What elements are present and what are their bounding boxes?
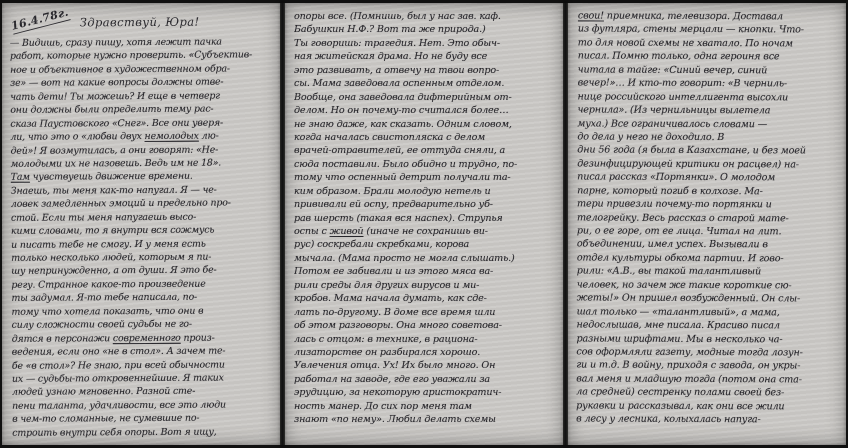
handwritten-line: читала в тайге: «Синий вечер, синий (578, 63, 842, 78)
handwritten-line: работал на заводе, где его уважали за (294, 373, 558, 386)
handwritten-line: прививали ей оспу, предварительно уб- (294, 198, 558, 211)
page-right-content: свои! приемника, телевизора. Доставализ … (576, 9, 842, 427)
page-middle-content: опоры все. (Помнишь, был у нас зав. каф.… (294, 10, 558, 427)
handwritten-line: Увлечения отца. Ух! Их было много. Он (294, 359, 558, 372)
handwritten-line: свои! приемника, телевизора. Доставал (578, 9, 842, 24)
handwritten-line: Бабушкин Н.Ф.? Вот та же природа.) (294, 23, 558, 36)
handwritten-line: телогрейку. Весь рассказ о старой мате- (577, 211, 841, 226)
handwritten-line: опоры все. (Помнишь, был у нас зав. каф. (294, 10, 558, 23)
handwritten-line: не знаю даже, как сказать. Одним словом, (294, 118, 558, 131)
handwritten-line: кробов. Мама начала думать, как сде- (294, 292, 558, 305)
handwritten-line: знают «по нему». Любил делать схемы (294, 413, 558, 426)
handwritten-line: разными шрифтами. Мы в несколько ча- (576, 332, 840, 347)
handwritten-line: отдел культуры обкома партии. И гово- (577, 251, 841, 266)
letter-pages-row: 16.4.78г. Здравствуй, Юра! — Видишь, сра… (0, 0, 848, 448)
page-left-content: 16.4.78г. Здравствуй, Юра! — Видишь, сра… (10, 9, 277, 440)
handwritten-line: об этом разговоры. Она много советова- (294, 319, 558, 332)
handwritten-line: мычала. (Мама просто не могла слышать.) (294, 252, 558, 265)
handwritten-line: человек, но зачем же такие короткие сю- (577, 278, 841, 293)
handwritten-line: тери привезли почему-то портянки и (577, 198, 841, 213)
handwritten-line: сов оформляли газету, модные тогда лозун… (576, 345, 840, 360)
handwritten-line: рус) соскребали скребками, корова (294, 238, 558, 251)
handwritten-line: ность манер. До сих пор меня там (294, 400, 558, 413)
handwritten-line: вечер!»… И кто-то говорит: «В черниль- (578, 77, 842, 92)
letter-greeting: Здравствуй, Юра! (80, 15, 200, 30)
letter-header: 16.4.78г. Здравствуй, Юра! (10, 9, 274, 37)
handwritten-line: муха.) Все ограничивалось словами — (577, 117, 841, 132)
handwritten-line: писал рассказ «Портянки». О молодом (577, 171, 841, 186)
handwritten-line: сюда поставили. Было обидно и трудно, по… (294, 158, 558, 171)
handwritten-line: объединении, имел успех. Вызывали в (577, 238, 841, 253)
handwritten-line: ги и т.д. В войну, приходя с завода, он … (576, 359, 840, 374)
letter-scan: 16.4.78г. Здравствуй, Юра! — Видишь, сра… (0, 0, 848, 448)
handwritten-line: ла средней) сестренку полами своей без- (576, 386, 840, 401)
handwritten-line: дни 56 года (я была в Казахстане, и без … (577, 144, 841, 159)
handwritten-line: строить внутри себя опоры. Вот я ищу, (12, 425, 276, 440)
handwritten-line: ким образом. Брали молодую нетель и (294, 185, 558, 198)
page-left-lines: — Видишь, сразу пишу, хотя лежит пачкара… (10, 35, 276, 440)
handwritten-line: рили среды для других вирусов и ми- (294, 279, 558, 292)
handwritten-line: дезинфицирующей критики он расцвел) на- (577, 157, 841, 172)
handwritten-line: то для новой схемы не хватало. По ночам (578, 36, 842, 51)
handwritten-line: оспы с живой (иначе не сохранишь ви- (294, 225, 558, 238)
handwritten-line: работ, которые нужно проверить. «Субъект… (10, 49, 274, 64)
handwritten-line: жеты!» Он пришел возбужденный. Он слы- (577, 292, 841, 307)
handwritten-line: рили: «А.В., вы такой талантливый (577, 265, 841, 280)
handwritten-line: сы. Мама заведовала оспенным отделом. (294, 77, 558, 90)
handwritten-line: Потом ее забивали и из этого мяса ва- (294, 265, 558, 278)
handwritten-line: Вообще, она заведовала дифтерийным от- (294, 91, 558, 104)
letter-page-middle: опоры все. (Помнишь, был у нас зав. каф.… (285, 3, 563, 445)
handwritten-line: в лесу у лесника, колыхалась напуга- (576, 413, 840, 428)
handwritten-line: тому что оспенный детрит получали та- (294, 171, 558, 184)
handwritten-line: ная житейская драма. Но не буду все (294, 50, 558, 63)
handwritten-line: парне, который погиб в колхозе. Ма- (577, 184, 841, 199)
letter-page-right: свои! приемника, телевизора. Доставализ … (568, 3, 846, 445)
handwritten-line: лать по-другому. В доме все время шли (294, 306, 558, 319)
handwritten-line: рукавки и рассказывал, как они все жили (576, 399, 840, 414)
handwritten-line: писал. Помню только, одна героиня все (578, 50, 842, 65)
handwritten-line: Ты говоришь: трагедия. Нет. Это обыч- (294, 37, 558, 50)
handwritten-line: рав шерсть (такая вся наспех). Струпья (294, 212, 558, 225)
handwritten-line: когда началась свистопляска с делом (294, 131, 558, 144)
handwritten-line: ри, о ее горе, от ее лица. Читал на лит. (577, 224, 841, 239)
handwritten-line: вал меня и младшую тогда (потом она ста- (576, 372, 840, 387)
handwritten-line: лась с отцом: в технике, в рациона- (294, 333, 558, 346)
handwritten-line: это развивать, а отвечу на твои вопро- (294, 64, 558, 77)
page-right-lines: свои! приемника, телевизора. Доставализ … (576, 9, 842, 427)
handwritten-line: врачей-отравителей, ее оттуда сняли, а (294, 144, 558, 157)
handwritten-line: лизаторстве он разбирался хорошо. (294, 346, 558, 359)
page-middle-lines: опоры все. (Помнишь, был у нас зав. каф.… (294, 10, 558, 427)
handwritten-line: делом. Но он почему-то считался более… (294, 104, 558, 117)
handwritten-line: эрудицию, за некоторую аристократич- (294, 386, 558, 399)
handwritten-line: чернила». (Из чернильницы вылетела (577, 103, 841, 118)
handwritten-line: из футляра, стены мерцали — кнопки. Что- (578, 23, 842, 38)
handwritten-line: шал только — «талантливый», а мама, (577, 305, 841, 320)
handwritten-line: нице российского интеллигента высохли (577, 90, 841, 105)
handwritten-line: недослышав, мне писала. Красиво писал (577, 318, 841, 333)
letter-date: 16.4.78г. (10, 6, 71, 35)
handwritten-line: до дела у него не доходило. В (577, 130, 841, 145)
letter-page-left: 16.4.78г. Здравствуй, Юра! — Видишь, сра… (2, 3, 280, 445)
